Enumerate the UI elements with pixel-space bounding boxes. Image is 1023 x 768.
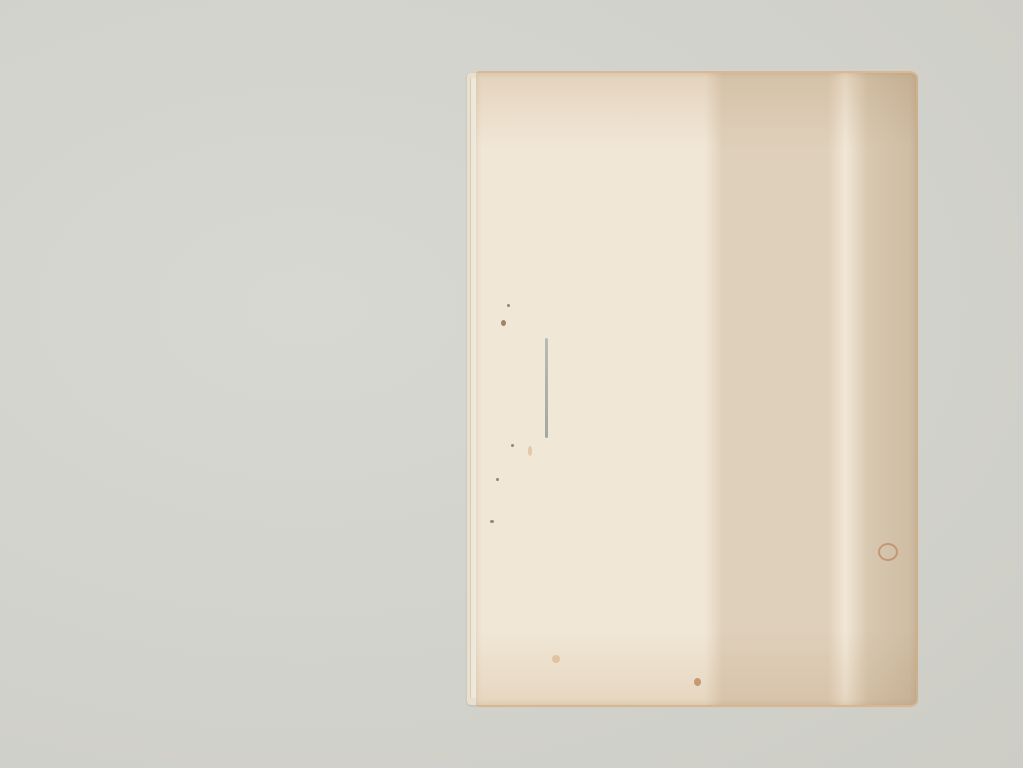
spot-mark <box>501 320 506 326</box>
aged-paper-sheet <box>476 71 918 707</box>
rust-stain <box>878 543 898 561</box>
rust-stain <box>694 678 701 686</box>
rust-stain <box>552 655 560 663</box>
rust-stain <box>528 446 532 456</box>
spot-mark <box>490 520 494 523</box>
spot-mark <box>507 304 510 307</box>
spot-mark <box>511 444 514 447</box>
spot-mark <box>496 478 499 481</box>
pencil-mark <box>545 338 548 438</box>
